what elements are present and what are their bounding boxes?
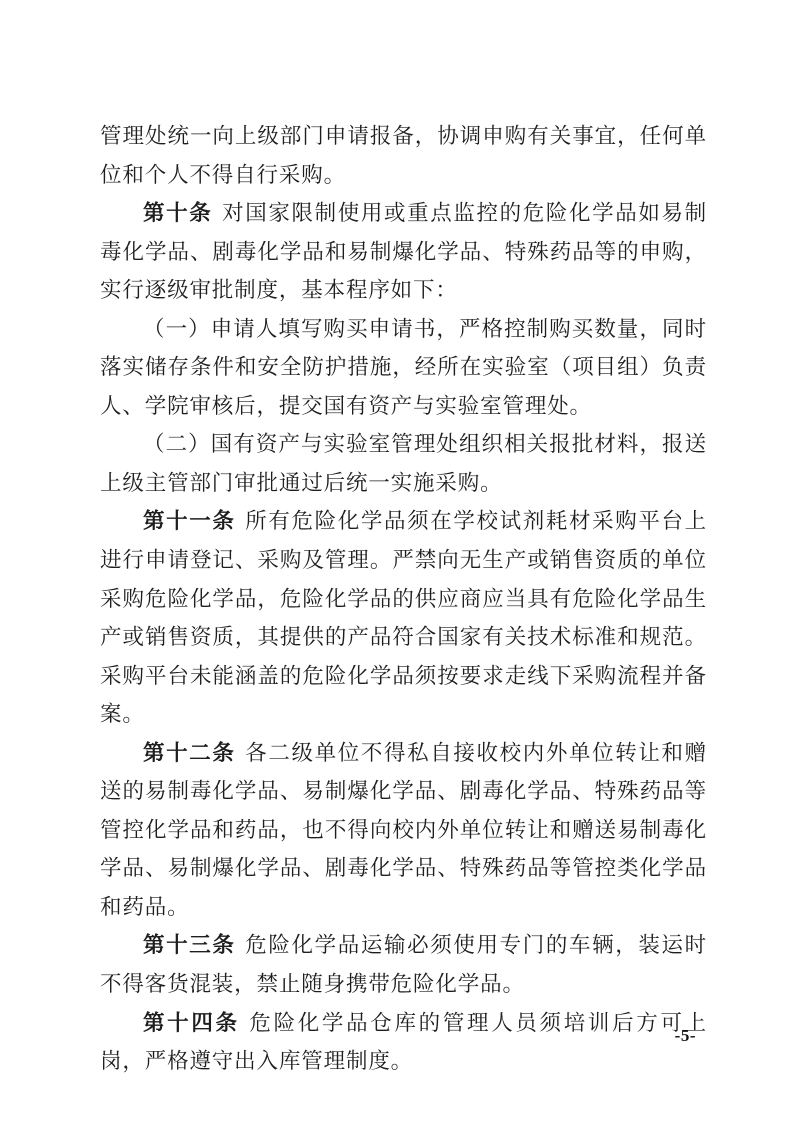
procedure-item-1-text: （一）申请人填写购买申请书，严格控制购买数量，同时落实储存条件和安全防护措施，经… [100,317,707,418]
article-12-text: 各二级单位不得私自接收校内外单位转让和赠送的易制毒化学品、易制爆化学品、剧毒化学… [100,741,707,919]
article-10-paragraph: 第十条对国家限制使用或重点监控的危险化学品如易制毒化学品、剧毒化学品和易制爆化学… [100,194,707,310]
article-11-heading: 第十一条 [143,509,236,533]
page-number: -5- [675,1026,696,1046]
article-13-paragraph: 第十三条危险化学品运输必须使用专门的车辆，装运时不得客货混装，禁止随身携带危险化… [100,926,707,1003]
article-12-heading: 第十二条 [143,741,236,765]
article-12-paragraph: 第十二条各二级单位不得私自接收校内外单位转让和赠送的易制毒化学品、易制爆化学品、… [100,734,707,927]
paragraph-continuation-text: 管理处统一向上级部门申请报备，协调申购有关事宜，任何单位和个人不得自行采购。 [100,124,707,187]
article-13-heading: 第十三条 [143,933,236,957]
procedure-item-2-text: （二）国有资产与实验室管理处组织相关报批材料，报送上级主管部门审批通过后统一实施… [100,432,707,495]
document-page: 管理处统一向上级部门申请报备，协调申购有关事宜，任何单位和个人不得自行采购。 第… [0,0,793,1122]
procedure-item-2-paragraph: （二）国有资产与实验室管理处组织相关报批材料，报送上级主管部门审批通过后统一实施… [100,425,707,502]
paragraph-continuation: 管理处统一向上级部门申请报备，协调申购有关事宜，任何单位和个人不得自行采购。 [100,117,707,194]
article-14-paragraph: 第十四条危险化学品仓库的管理人员须培训后方可上岗，严格遵守出入库管理制度。 [100,1004,707,1081]
article-10-heading: 第十条 [143,201,212,225]
document-text-block: 管理处统一向上级部门申请报备，协调申购有关事宜，任何单位和个人不得自行采购。 第… [100,117,707,1081]
article-14-heading: 第十四条 [143,1011,240,1035]
article-11-paragraph: 第十一条所有危险化学品须在学校试剂耗材采购平台上进行申请登记、采购及管理。严禁向… [100,502,707,733]
procedure-item-1-paragraph: （一）申请人填写购买申请书，严格控制购买数量，同时落实储存条件和安全防护措施，经… [100,310,707,426]
article-11-text: 所有危险化学品须在学校试剂耗材采购平台上进行申请登记、采购及管理。严禁向无生产或… [100,509,707,726]
